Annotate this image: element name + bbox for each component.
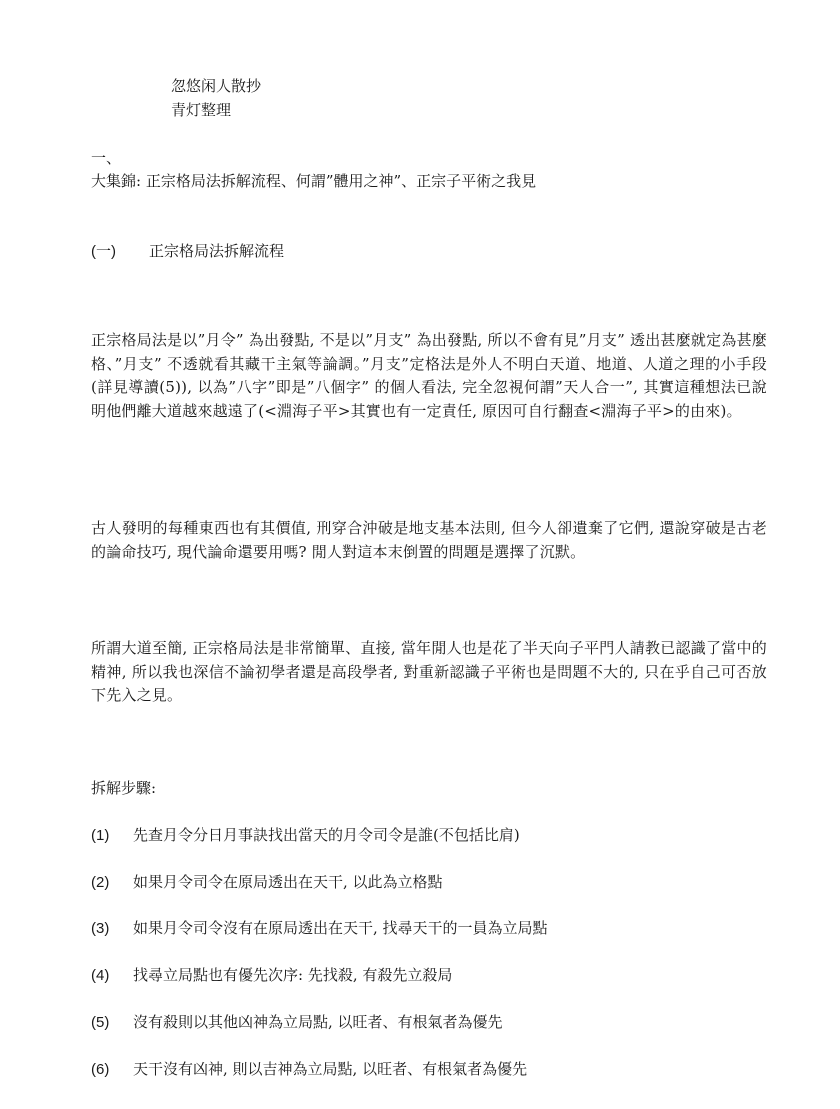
steps-heading: 拆解步驟: [91,777,156,799]
author-line: 忽悠闲人散抄 [171,75,261,97]
paragraph-3: 所謂大道至簡, 正宗格局法是非常簡單、直接, 當年閒人也是花了半天向子平門人請教… [91,637,767,708]
step-text: 如果月令司令沒有在原局透出在天干, 找尋天干的一員為立局點 [133,919,548,937]
step-number: (3) [91,918,133,940]
step-item: (6)天干沒有凶神, 則以吉神為立局點, 以旺者、有根氣者為優先 [91,1058,527,1081]
editor-line: 青灯整理 [171,99,231,121]
paragraph-2: 古人發明的每種東西也有其價值, 刑穿合沖破是地支基本法則, 但今人卻遺棄了它們,… [91,517,767,564]
chapter-title: 大集錦: 正宗格局法拆解流程、何謂”體用之神”、正宗子平術之我見 [91,170,536,192]
step-number: (6) [91,1059,133,1081]
step-text: 先查月令分日月事訣找出當天的月令司令是誰(不包括比肩) [133,826,520,844]
step-item: (3)如果月令司令沒有在原局透出在天干, 找尋天干的一員為立局點 [91,917,548,940]
section-number: (一) [91,241,149,263]
step-number: (5) [91,1012,133,1034]
step-text: 沒有殺則以其他凶神為立局點, 以旺者、有根氣者為優先 [133,1013,503,1031]
step-number: (1) [91,825,133,847]
step-item: (1)先查月令分日月事訣找出當天的月令司令是誰(不包括比肩) [91,824,520,847]
section-heading: (一)正宗格局法拆解流程 [91,240,284,263]
step-item: (4)找尋立局點也有優先次序: 先找殺, 有殺先立殺局 [91,964,452,987]
step-item: (5)沒有殺則以其他凶神為立局點, 以旺者、有根氣者為優先 [91,1011,503,1034]
chapter-number: 一、 [91,147,121,169]
step-text: 天干沒有凶神, 則以吉神為立局點, 以旺者、有根氣者為優先 [133,1060,527,1078]
step-number: (4) [91,965,133,987]
paragraph-1: 正宗格局法是以”月令” 為出發點, 不是以”月支” 為出發點, 所以不會有見”月… [91,329,767,423]
document-page: 忽悠闲人散抄 青灯整理 一、 大集錦: 正宗格局法拆解流程、何謂”體用之神”、正… [0,0,840,1109]
section-title: 正宗格局法拆解流程 [149,242,284,260]
step-text: 如果月令司令在原局透出在天干, 以此為立格點 [133,873,443,891]
step-item: (2)如果月令司令在原局透出在天干, 以此為立格點 [91,871,443,894]
step-number: (2) [91,872,133,894]
step-text: 找尋立局點也有優先次序: 先找殺, 有殺先立殺局 [133,966,452,984]
